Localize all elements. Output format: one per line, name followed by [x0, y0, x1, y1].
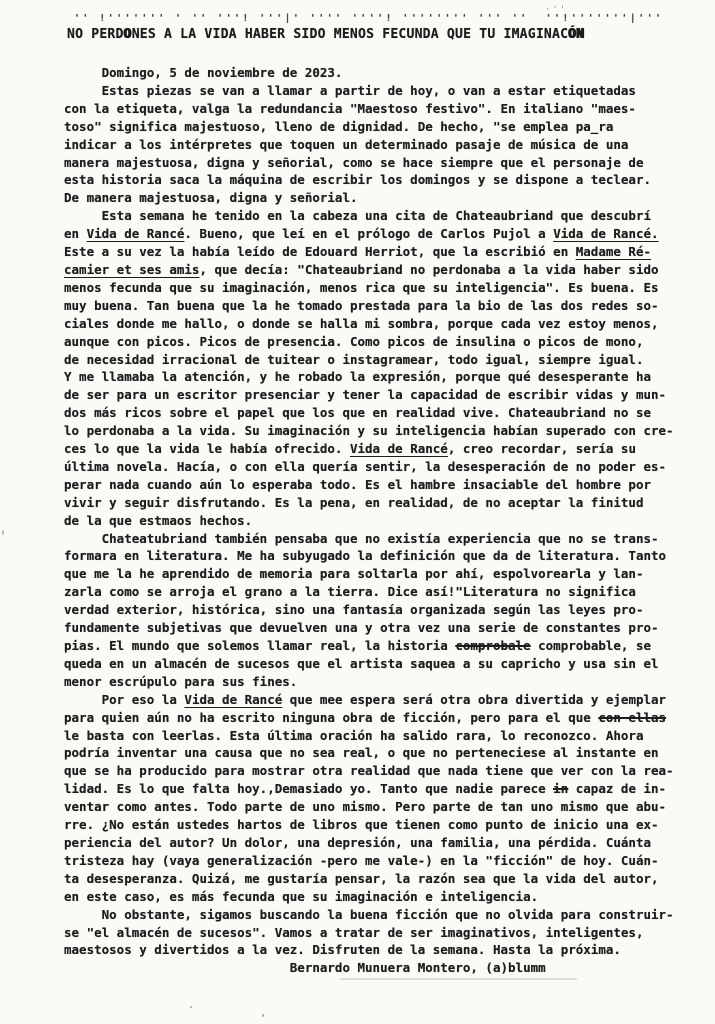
text-run: tristeza hay (vaya generalización -pero …	[64, 853, 659, 868]
text-run: toso" significa majestuoso, lleno de dig…	[64, 119, 613, 134]
scan-specks: ·''	[545, 5, 567, 15]
underlined-text: Vida de Rancé	[350, 441, 448, 456]
text-run: manera majestuosa, digna y señorial, com…	[64, 155, 643, 170]
paragraph: Chateatubriand también pensaba que no ex…	[64, 530, 709, 691]
text-run: de necesidad irracional de tuitear o ins…	[64, 352, 643, 367]
text-run: Y me llamaba la atención, y he robado la…	[64, 369, 651, 384]
text-line: Y me llamaba la atención, y he robado la…	[64, 368, 709, 386]
text-run: lo perdonaba a la vida. Su imaginación y…	[64, 423, 674, 438]
text-line: ciales donde me hallo, o donde se halla …	[64, 315, 709, 333]
text-run: podría inventar una causa que no sea rea…	[64, 745, 659, 760]
text-line: podría inventar una causa que no sea rea…	[64, 744, 709, 762]
text-run: que me la he aprendido de memoria para s…	[64, 566, 643, 581]
text-line: dos más ricos sobre el papel que los que…	[64, 404, 709, 422]
text-line: se "el almacén de sucesos". Vamos a trat…	[64, 924, 709, 942]
text-line: camier et ses amis, que decía: "Chateaub…	[64, 261, 709, 279]
text-run: aunque con picos. Picos de presencia. Co…	[64, 334, 643, 349]
text-line: esta historia saca la máquina de escribi…	[64, 171, 709, 189]
text-line: que me la he aprendido de memoria para s…	[64, 565, 709, 583]
text-run: , que decía: "Chateaubriand no perdonaba…	[199, 262, 658, 277]
text-run: periencia del autor? Un dolor, una depre…	[64, 835, 651, 850]
text-line: verdad exterior, histórica, sino una fan…	[64, 601, 709, 619]
text-run: para quien aún no ha escrito ninguna obr…	[64, 710, 598, 725]
page-title: NO PERDONES A LA VIDA HABER SIDO MENOS F…	[67, 27, 584, 42]
text-line: en Vida de Rancé. Bueno, que leí en el p…	[64, 225, 709, 243]
text-run: que mee espera será otra obra divertida …	[282, 692, 666, 707]
paragraph: No obstante, sigamos buscando la buena f…	[64, 906, 709, 960]
text-line: con la etiqueta, valga la redundancia "M…	[64, 100, 709, 118]
text-run: comprobable, se	[531, 638, 651, 653]
text-run: verdad exterior, histórica, sino una fan…	[64, 602, 643, 617]
text-line: maestosos y divertidos a la vez. Disfrut…	[64, 941, 709, 959]
text-run: ventar como antes. Todo parte de uno mis…	[64, 799, 666, 814]
text-line: ces lo que la vida le había ofrecido. Vi…	[64, 440, 709, 458]
text-line: muy buena. Tan buena que la he tomado pr…	[64, 297, 709, 315]
text-run: ces lo que la vida le había ofrecido.	[64, 441, 350, 456]
text-run: Estas piezas se van a llamar a partir de…	[64, 83, 636, 98]
text-line: formara en literatura. Me ha subyugado l…	[64, 547, 709, 565]
text-line: última novela. Hacía, o con ella quería …	[64, 458, 709, 476]
text-run: menos fecunda que su imaginación, menos …	[64, 280, 659, 295]
text-line: en este caso, es más fecunda que su imag…	[64, 888, 709, 906]
text-line: Este a su vez la había leído de Edouard …	[64, 243, 709, 261]
text-line: Chateatubriand también pensaba que no ex…	[64, 530, 709, 548]
text-line: de la que estmaos hechos.	[64, 512, 709, 530]
text-run: perar nada cuando aún lo esperaba todo. …	[64, 477, 651, 492]
text-run: ciales donde me hallo, o donde se halla …	[64, 316, 659, 331]
typewritten-page: '' !''''''' ' '' '''! '''|' '''' ''''! '…	[0, 0, 715, 1024]
text-line: fundamente subjetivas que devuelven una …	[64, 619, 709, 637]
text-line: vivir y seguir disfrutando. Es la pena, …	[64, 494, 709, 512]
signature-line: Bernardo Munuera Montero, (a)blumm	[64, 959, 709, 977]
text-line: lo perdonaba a la vida. Su imaginación y…	[64, 422, 709, 440]
text-run: menor escrúpulo para sus fines.	[64, 674, 297, 689]
text-run: formara en literatura. Me ha subyugado l…	[64, 548, 666, 563]
struck-text: con ellas	[598, 710, 666, 725]
text-line: menos fecunda que su imaginación, menos …	[64, 279, 709, 297]
text-line: le basta con leerlas. Esta última oració…	[64, 727, 709, 745]
text-run: NO PERD	[67, 27, 124, 42]
text-run: dos más ricos sobre el papel que los que…	[64, 405, 651, 420]
text-line: ta desesperanza. Quizá, me gustaría pens…	[64, 870, 709, 888]
date-line: Domingo, 5 de noviembre de 2023.	[64, 64, 709, 82]
text-run: De manera majestuosa, digna y señorial.	[64, 190, 358, 205]
faint-ghost-underline	[340, 978, 577, 980]
text-line: De manera majestuosa, digna y señorial.	[64, 189, 709, 207]
text-run: Este a su vez la había leído de Edouard …	[64, 244, 576, 259]
cutoff-typed-line-remnant: '' !''''''' ' '' '''! '''|' '''' ''''! '…	[74, 13, 664, 23]
paragraph: Esta semana he tenido en la cabeza una c…	[64, 207, 709, 529]
text-run: Chateatubriand también pensaba que no ex…	[64, 531, 659, 546]
text-run: queda en un almacén de sucesos que el ar…	[64, 656, 659, 671]
text-run: de la que estmaos hechos.	[64, 513, 252, 528]
text-run: ta desesperanza. Quizá, me gustaría pens…	[64, 871, 659, 886]
text-run: maestosos y divertidos a la vez. Disfrut…	[64, 942, 621, 957]
struck-text: comprobale	[455, 638, 530, 653]
text-run: de ser para un escritor presenciar y ten…	[64, 387, 666, 402]
text-run: le basta con leerlas. Esta última oració…	[64, 728, 643, 743]
text-run: , creo recordar, sería su	[448, 441, 636, 456]
text-line: No obstante, sigamos buscando la buena f…	[64, 906, 709, 924]
text-run: pias. El mundo que solemos llamar real, …	[64, 638, 455, 653]
text-line: ventar como antes. Todo parte de uno mis…	[64, 798, 709, 816]
text-line: aunque con picos. Picos de presencia. Co…	[64, 333, 709, 351]
document-body: Domingo, 5 de noviembre de 2023. Estas p…	[64, 64, 709, 977]
text-run: en este caso, es más fecunda que su imag…	[64, 889, 538, 904]
text-line: queda en un almacén de sucesos que el ar…	[64, 655, 709, 673]
text-line: manera majestuosa, digna y señorial, com…	[64, 154, 709, 172]
text-run: Esta semana he tenido en la cabeza una c…	[64, 208, 651, 223]
text-run: Por eso la	[64, 692, 184, 707]
text-line: de necesidad irracional de tuitear o ins…	[64, 351, 709, 369]
text-run: No obstante, sigamos buscando la buena f…	[64, 907, 674, 922]
text-run: capaz de in-	[568, 781, 666, 796]
text-run: lidad. Es lo que falta hoy.,Demasiado yo…	[64, 781, 553, 796]
text-run: zarla como se arroja el grano a la tierr…	[64, 584, 636, 599]
text-line: de ser para un escritor presenciar y ten…	[64, 386, 709, 404]
text-line: perar nada cuando aún lo esperaba todo. …	[64, 476, 709, 494]
text-line: Estas piezas se van a llamar a partir de…	[64, 82, 709, 100]
paragraphs-container: Estas piezas se van a llamar a partir de…	[64, 82, 709, 959]
text-run: . Bueno, que leí en el prólogo de Carlos…	[184, 226, 553, 241]
text-line: menor escrúpulo para sus fines.	[64, 673, 709, 691]
text-run: NES A LA VIDA HABER SIDO MENOS FECUNDA Q…	[132, 27, 569, 42]
text-line: para quien aún no ha escrito ninguna obr…	[64, 709, 709, 727]
underlined-text: Vida de Rancé.	[553, 226, 658, 241]
text-line: Por eso la Vida de Rancé que mee espera …	[64, 691, 709, 709]
text-line: tristeza hay (vaya generalización -pero …	[64, 852, 709, 870]
text-line: indicar a los intérpretes que toquen un …	[64, 136, 709, 154]
text-line: que se ha producido para mostrar otra re…	[64, 762, 709, 780]
underlined-text: camier et ses amis	[64, 262, 199, 277]
overtyped-text: O	[124, 27, 132, 42]
text-run: esta historia saca la máquina de escribi…	[64, 172, 651, 187]
overtyped-text: ÓN	[568, 27, 584, 42]
text-line: Esta semana he tenido en la cabeza una c…	[64, 207, 709, 225]
text-line: toso" significa majestuoso, lleno de dig…	[64, 118, 709, 136]
text-run: en	[64, 226, 87, 241]
struck-text: in	[553, 781, 568, 796]
text-line: periencia del autor? Un dolor, una depre…	[64, 834, 709, 852]
text-run: con la etiqueta, valga la redundancia "M…	[64, 101, 636, 116]
text-run: fundamente subjetivas que devuelven una …	[64, 620, 659, 635]
text-run: muy buena. Tan buena que la he tomado pr…	[64, 298, 659, 313]
paragraph: Por eso la Vida de Rancé que mee espera …	[64, 691, 709, 906]
text-run: vivir y seguir disfrutando. Es la pena, …	[64, 495, 643, 510]
text-run: se "el almacén de sucesos". Vamos a trat…	[64, 925, 643, 940]
text-run: rre. ¿No están ustedes hartos de libros …	[64, 817, 659, 832]
scan-speck	[190, 1006, 192, 1008]
text-line: lidad. Es lo que falta hoy.,Demasiado yo…	[64, 780, 709, 798]
scan-speck	[2, 530, 4, 535]
underlined-text: Vida de Rancé	[87, 226, 185, 241]
text-line: rre. ¿No están ustedes hartos de libros …	[64, 816, 709, 834]
underlined-text: Madame Ré-	[576, 244, 651, 259]
paragraph: Estas piezas se van a llamar a partir de…	[64, 82, 709, 207]
text-line: pias. El mundo que solemos llamar real, …	[64, 637, 709, 655]
text-run: que se ha producido para mostrar otra re…	[64, 763, 674, 778]
text-run: indicar a los intérpretes que toquen un …	[64, 137, 628, 152]
text-run: última novela. Hacía, o con ella quería …	[64, 459, 666, 474]
text-line: zarla como se arroja el grano a la tierr…	[64, 583, 709, 601]
underlined-text: Vida de Rancé	[184, 692, 282, 707]
scan-speck	[262, 1014, 264, 1017]
